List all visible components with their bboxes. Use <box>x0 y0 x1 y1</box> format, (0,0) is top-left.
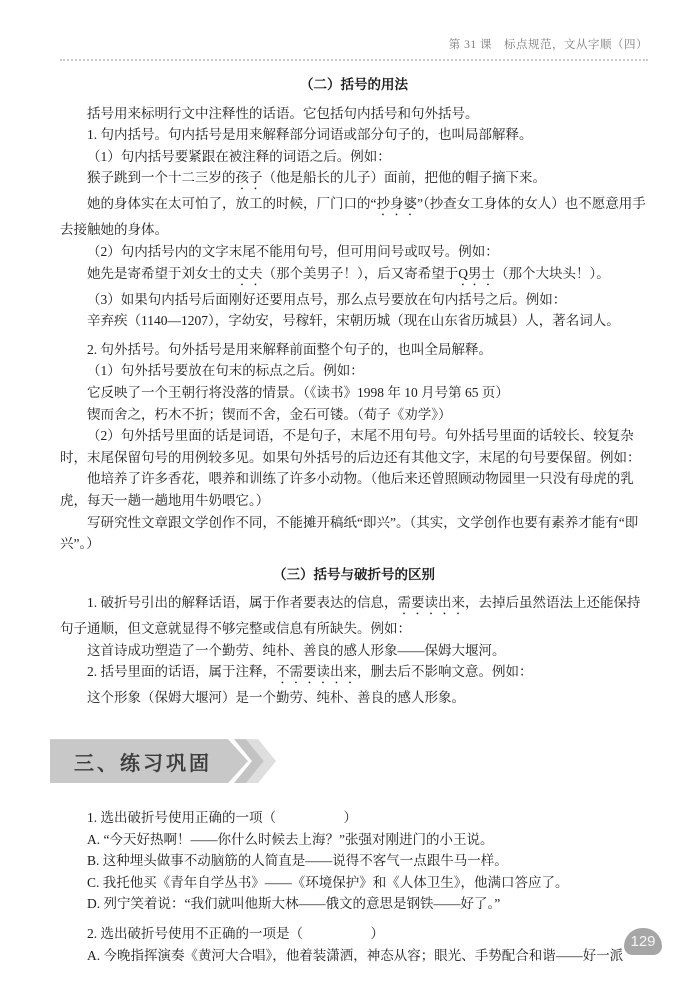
text-segment: （1）句外括号要放在句末的标点之后。例如： <box>87 363 364 378</box>
page-number-badge: 129 <box>624 928 662 955</box>
text-segment: 1. 破折号引出的解释话语，属于作者要表达的信息， <box>87 595 398 610</box>
text-segment: （2）句内括号内的文字末尾不能用句号，但可用问号或叹号。例如： <box>87 244 499 259</box>
example-sentence: 辛弃疾（1140—1207），字幼安，号稼轩，宋朝历城（现在山东省历城县）人，著… <box>60 310 648 332</box>
text-segment: （1）句内括号要紧跟在被注释的词语之后。例如： <box>87 149 391 164</box>
text-segment: 她的身体实在太可怕了，放工的时候，厂门口的“ <box>87 196 377 211</box>
body-paragraph: 1. 句内括号。句内括号是用来解释部分词语或部分句子的，也叫局部解释。 <box>60 124 648 146</box>
text-segment: A. “今天好热啊！——你什么时候去上海？”张强对刚进门的小王说。 <box>87 832 493 847</box>
text-segment: B. 这种埋头做事不动脑筋的人简直是——说得不客气一点跟牛马一样。 <box>87 853 508 868</box>
body-paragraph: 1. 破折号引出的解释话语，属于作者要表达的信息，需要读出来，去掉后虽然语法上还… <box>60 592 648 640</box>
text-segment: 2. 句外括号。句外括号是用来解释前面整个句子的，也叫全局解释。 <box>87 342 492 357</box>
example-sentence: 这首诗成功塑造了一个勤劳、纯朴、善良的感人形象——保姆大堰河。 <box>60 640 648 662</box>
exercise-line: A. “今天好热啊！——你什么时候去上海？”张强对刚进门的小王说。 <box>60 829 648 851</box>
text-segment: 2. 括号里面的话语，属于注释， <box>87 664 276 679</box>
example-sentence: 锲而舍之，朽木不折；锲而不舍，金石可镂。（荀子《劝学》） <box>60 404 648 426</box>
body-paragraph: 括号用来标明行文中注释性的话语。它包括句内括号和句外括号。 <box>60 103 648 125</box>
text-segment: （3）如果句内括号后面刚好还要用点号，那么点号要放在句内括号之后。例如： <box>87 292 566 307</box>
exercise-line: A. 今晚指挥演奏《黄河大合唱》，他着装潇洒，神态从容；眼光、手势配合和谐——好… <box>60 945 648 967</box>
text-segment: 猴子跳到一个十二三岁的 <box>87 170 236 185</box>
text-segment: 它反映了一个王朝行将没落的情景。（《读书》1998 年 10 月号第 65 页） <box>87 385 509 400</box>
text-segment: D. 列宁笑着说：“我们就叫他斯大林——俄文的意思是钢铁——好了。” <box>87 896 500 911</box>
exercise-line: 2. 选出破折号使用不正确的一项是（ ） <box>60 923 648 945</box>
example-sentence: 猴子跳到一个十二三岁的孩子（他是船长的儿子）面前，把他的帽子摘下来。 <box>60 167 648 193</box>
example-sentence: 她的身体实在太可怕了，放工的时候，厂门口的“抄身婆”（抄查女工身体的女人）也不愿… <box>60 193 648 241</box>
text-segment: 1. 选出破折号使用正确的一项（ ） <box>87 810 357 825</box>
text-segment: C. 我托他买《青年自学丛书》——《环境保护》和《人体卫生》，他满口答应了。 <box>87 875 569 890</box>
banner-title: 三、练习巩固 <box>50 739 248 783</box>
section-heading: （二）括号的用法 <box>60 74 648 96</box>
text-segment: （那个大块头！）。 <box>495 266 610 281</box>
emphasized-text: Q男士 <box>458 266 495 281</box>
text-segment: 辛弃疾（1140—1207），字幼安，号稼轩，宋朝历城（现在山东省历城县）人，著… <box>87 313 620 328</box>
example-sentence: 写研究性文章跟文学创作不同，不能摊开稿纸“即兴”。（其实，文学创作也要有素养才能… <box>60 512 648 555</box>
content-area: （二）括号的用法括号用来标明行文中注释性的话语。它包括句内括号和句外括号。1. … <box>60 74 648 966</box>
text-segment: 他培养了许多香花，喂养和训练了许多小动物。（他后来还曾照顾动物园里一只没有母虎的… <box>60 471 634 508</box>
text-segment: 写研究性文章跟文学创作不同，不能摊开稿纸“即兴”。（其实，文学创作也要有素养才能… <box>60 515 638 552</box>
emphasized-text: 抄身婆 <box>377 196 418 211</box>
text-segment: 2. 选出破折号使用不正确的一项是（ ） <box>87 926 384 941</box>
example-sentence: 它反映了一个王朝行将没落的情景。（《读书》1998 年 10 月号第 65 页） <box>60 382 648 404</box>
textbook-page: 第 31 课 标点规范，文从字顺（四） （二）括号的用法括号用来标明行文中注释性… <box>0 0 700 983</box>
text-segment: 这个形象（保姆大堰河）是一个勤劳、纯朴、善良的感人形象。 <box>87 690 465 705</box>
body-paragraph: （2）句内括号内的文字末尾不能用句号，但可用问号或叹号。例如： <box>60 241 648 263</box>
exercise-line: B. 这种埋头做事不动脑筋的人简直是——说得不客气一点跟牛马一样。 <box>60 850 648 872</box>
emphasized-text: 需要读出来 <box>398 595 466 610</box>
text-segment: 1. 句内括号。句内括号是用来解释部分词语或部分句子的，也叫局部解释。 <box>87 127 533 142</box>
running-header: 第 31 课 标点规范，文从字顺（四） <box>60 36 648 52</box>
example-sentence: 她先是寄希望于刘女士的丈夫（那个美男子！），后又寄希望于Q男士（那个大块头！）。 <box>60 263 648 289</box>
text-segment: （二）括号的用法 <box>300 77 408 92</box>
section-banner: 三、练习巩固 <box>50 739 648 783</box>
text-segment: ，删去后不影响文意。例如： <box>357 664 533 679</box>
exercise-line: D. 列宁笑着说：“我们就叫他斯大林——俄文的意思是钢铁——好了。” <box>60 893 648 915</box>
text-segment: 她先是寄希望于刘女士的 <box>87 266 236 281</box>
header-divider-line <box>60 59 648 61</box>
exercise-line: C. 我托他买《青年自学丛书》——《环境保护》和《人体卫生》，他满口答应了。 <box>60 872 648 894</box>
emphasized-text: 丈夫 <box>236 266 263 281</box>
body-paragraph: （2）句外括号里面的话是词语，不是句子，末尾不用句号。句外括号里面的话较长、较复… <box>60 425 648 468</box>
section-heading: （三）括号与破折号的区别 <box>60 564 648 586</box>
example-sentence: 这个形象（保姆大堰河）是一个勤劳、纯朴、善良的感人形象。 <box>60 687 648 709</box>
text-segment: （2）句外括号里面的话是词语，不是句子，末尾不用句号。句外括号里面的话较长、较复… <box>60 428 641 465</box>
body-paragraph: （1）句内括号要紧跟在被注释的词语之后。例如： <box>60 146 648 168</box>
text-segment: 锲而舍之，朽木不折；锲而不舍，金石可镂。（荀子《劝学》） <box>87 407 452 422</box>
body-paragraph: （1）句外括号要放在句末的标点之后。例如： <box>60 360 648 382</box>
body-paragraph: 2. 句外括号。句外括号是用来解释前面整个句子的，也叫全局解释。 <box>60 339 648 361</box>
exercise-line: 1. 选出破折号使用正确的一项（ ） <box>60 807 648 829</box>
text-segment: （那个美男子！），后又寄希望于 <box>263 266 459 281</box>
text-segment: A. 今晚指挥演奏《黄河大合唱》，他着装潇洒，神态从容；眼光、手势配合和谐——好… <box>87 948 623 963</box>
text-segment: 这首诗成功塑造了一个勤劳、纯朴、善良的感人形象——保姆大堰河。 <box>87 643 506 658</box>
example-sentence: 他培养了许多香花，喂养和训练了许多小动物。（他后来还曾照顾动物园里一只没有母虎的… <box>60 468 648 511</box>
body-paragraph: （3）如果句内括号后面刚好还要用点号，那么点号要放在句内括号之后。例如： <box>60 289 648 311</box>
emphasized-text: 不需要读出来 <box>276 664 357 679</box>
emphasized-text: 孩子 <box>236 170 263 185</box>
text-segment: （他是船长的儿子）面前，把他的帽子摘下来。 <box>263 170 547 185</box>
text-segment: 括号用来标明行文中注释性的话语。它包括句内括号和句外括号。 <box>87 106 479 121</box>
text-segment: （三）括号与破折号的区别 <box>273 567 435 582</box>
body-paragraph: 2. 括号里面的话语，属于注释，不需要读出来，删去后不影响文意。例如： <box>60 661 648 687</box>
